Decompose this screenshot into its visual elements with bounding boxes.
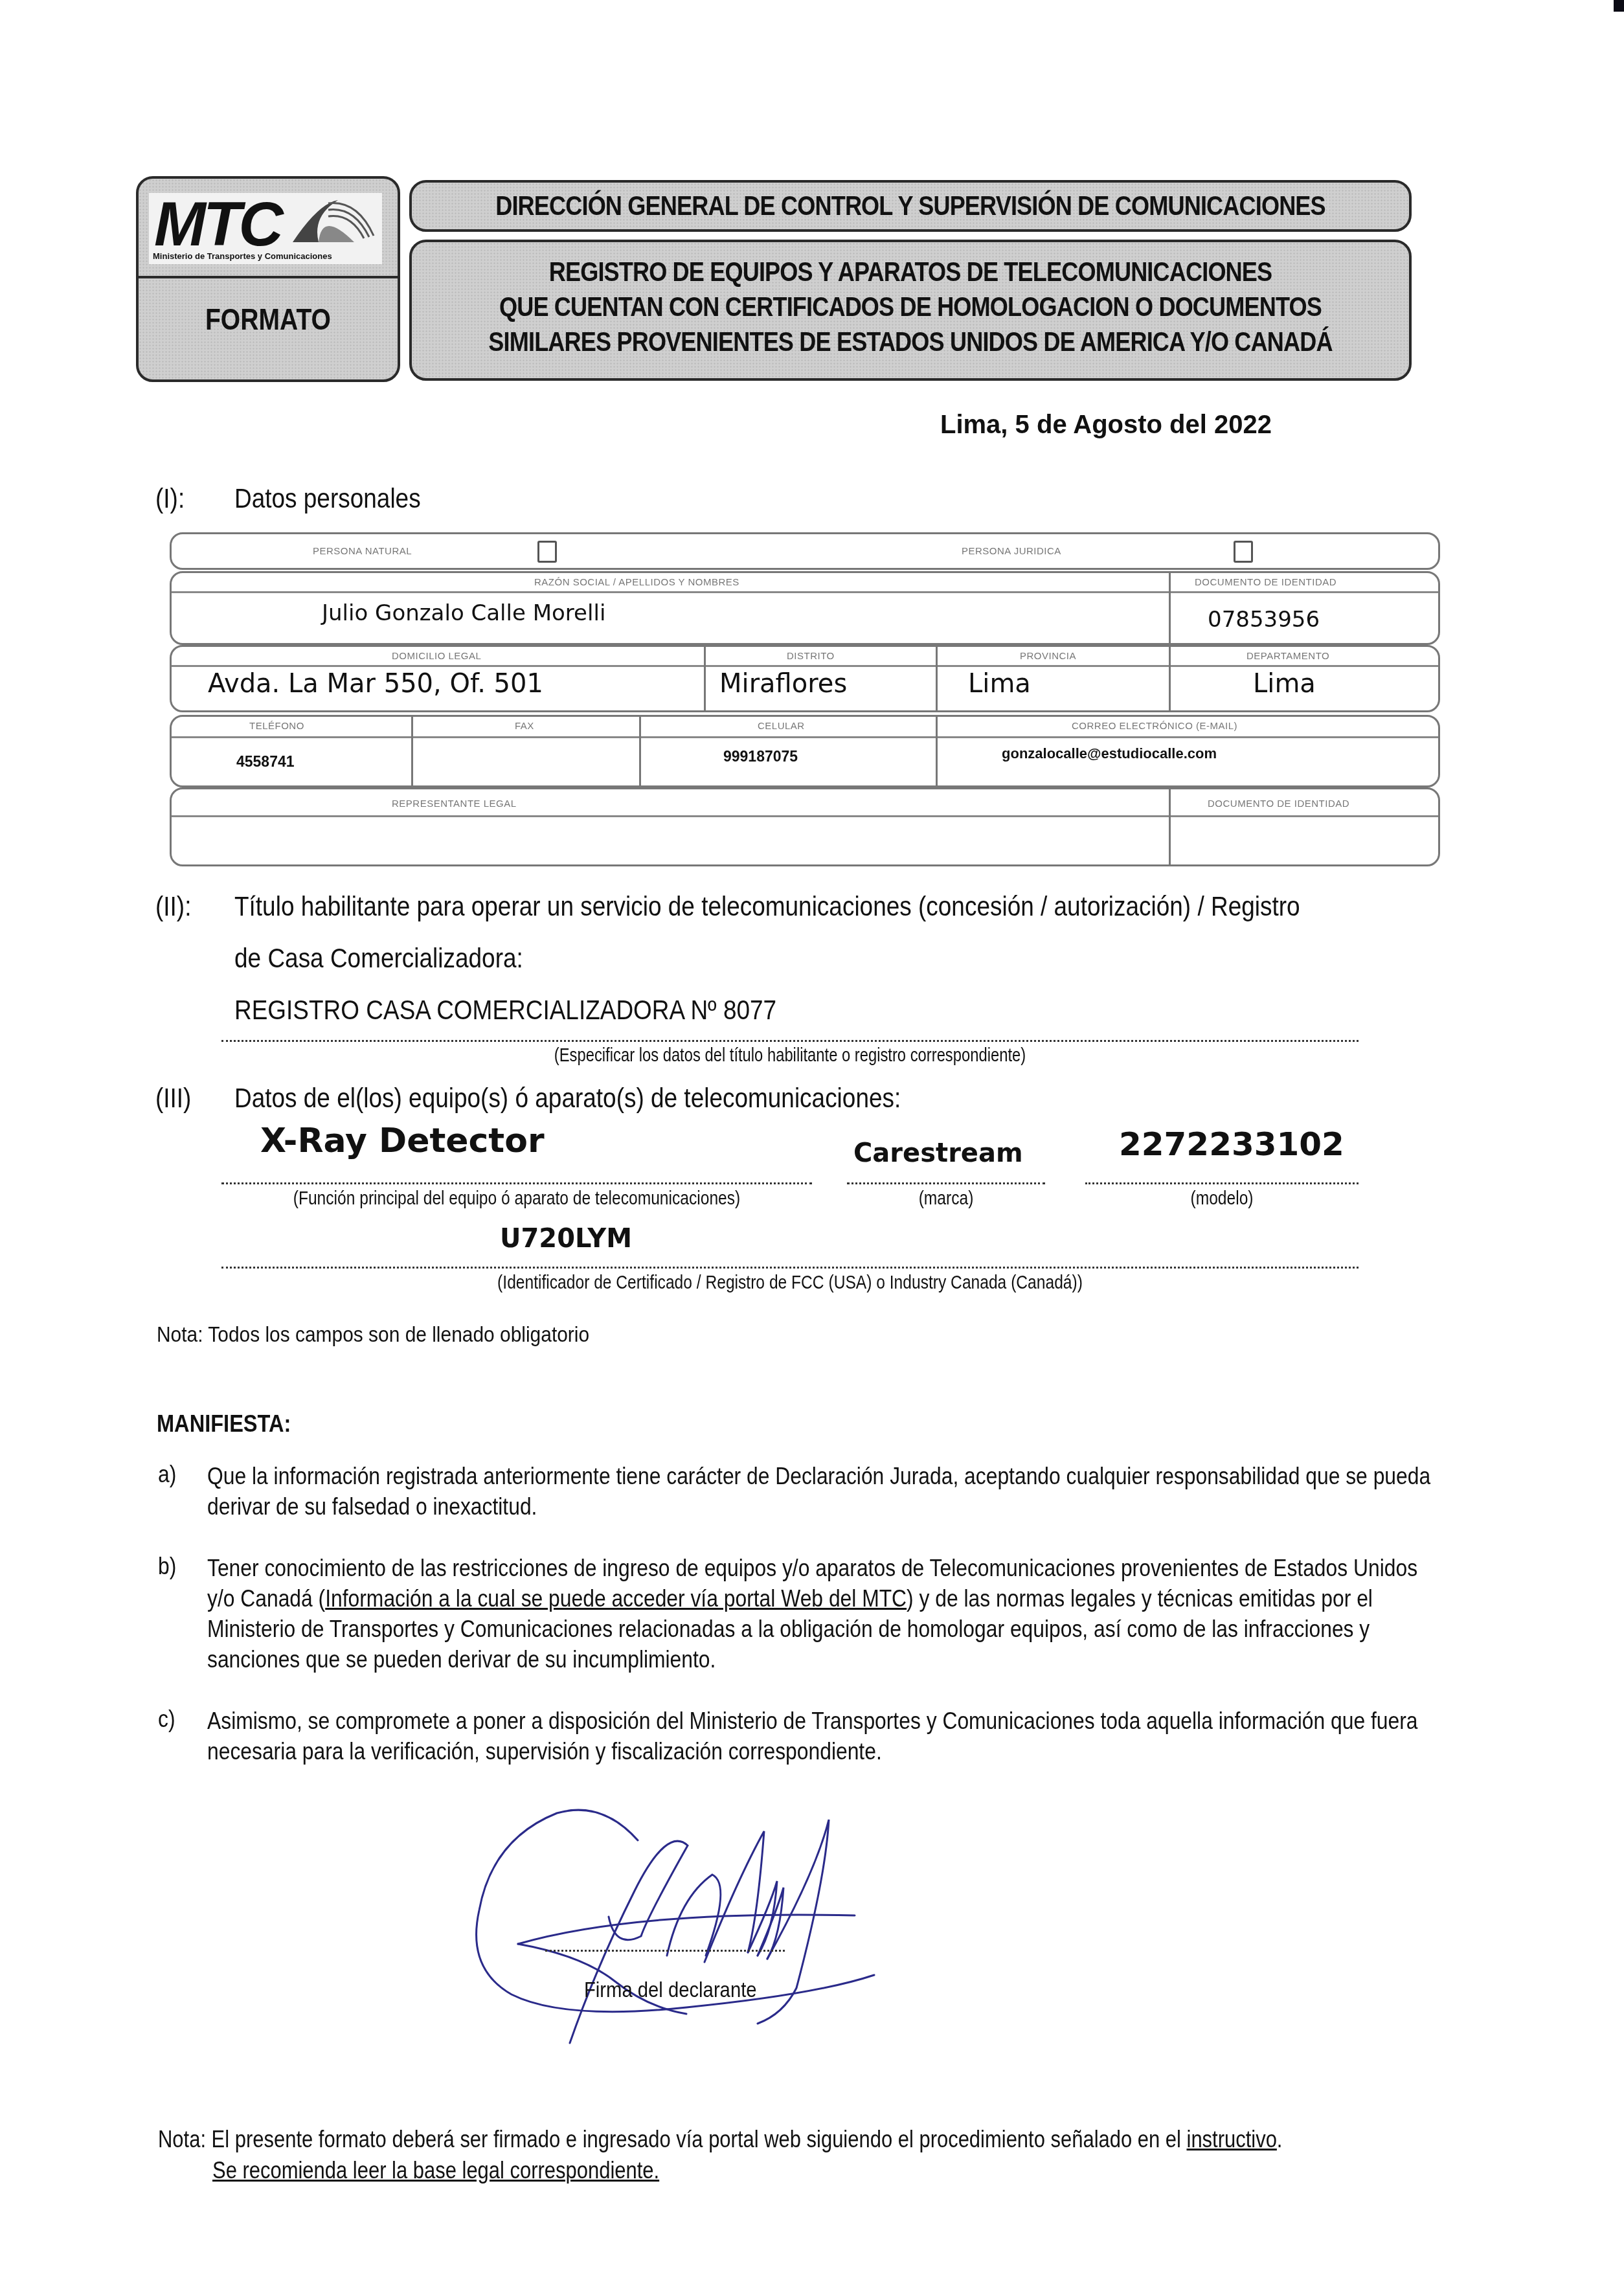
titulo-habilitante-value: REGISTRO CASA COMERCIALIZADORA Nº 8077 xyxy=(234,995,776,1026)
section-1-title: Datos personales xyxy=(234,483,421,514)
logo-subtitle: Ministerio de Transportes y Comunicacion… xyxy=(153,251,332,261)
footer-nota-suffix: . xyxy=(1277,2126,1283,2152)
manifiesta-a-marker: a) xyxy=(158,1461,176,1488)
equipo-funcion-value: X-Ray Detector xyxy=(260,1122,545,1160)
header-title-line-1: REGISTRO DE EQUIPOS Y APARATOS DE TELECO… xyxy=(482,256,1339,288)
header-title-box: REGISTRO DE EQUIPOS Y APARATOS DE TELECO… xyxy=(409,240,1412,381)
column-divider xyxy=(936,717,938,785)
legal-rep-row: REPRESENTANTE LEGAL DOCUMENTO DE IDENTID… xyxy=(170,787,1440,866)
label-celular: CELULAR xyxy=(758,721,805,732)
nota-obligatorio: Nota: Todos los campos son de llenado ob… xyxy=(157,1322,589,1348)
section-2-line-1: Título habilitante para operar un servic… xyxy=(234,891,1300,922)
departamento-field[interactable]: Lima xyxy=(1246,669,1322,699)
footer-nota: Nota: El presente formato deberá ser fir… xyxy=(158,2124,1439,2154)
fcc-id-value: U720LYM xyxy=(500,1224,632,1254)
label-fax: FAX xyxy=(515,721,534,732)
format-label: FORMATO xyxy=(158,302,378,337)
header-direction-title: DIRECCIÓN GENERAL DE CONTROL Y SUPERVISI… xyxy=(482,190,1339,221)
header-title-line-3: SIMILARES PROVENIENTES DE ESTADOS UNIDOS… xyxy=(482,326,1339,357)
manifiesta-c-text: Asimismo, se compromete a poner a dispos… xyxy=(207,1706,1438,1767)
distrito-field[interactable]: Miraflores xyxy=(713,669,853,699)
column-divider xyxy=(1169,789,1171,864)
label-telefono: TELÉFONO xyxy=(249,721,304,732)
label-documento-identidad-rep: DOCUMENTO DE IDENTIDAD xyxy=(1208,798,1349,809)
name-row: RAZÓN SOCIAL / APELLIDOS Y NOMBRES DOCUM… xyxy=(170,571,1440,645)
signature-label: Firma del declarante xyxy=(584,1978,757,2003)
marca-caption: (marca) xyxy=(865,1188,1028,1210)
section-2-caption: (Especificar los datos del título habili… xyxy=(324,1045,1256,1067)
provincia-field[interactable]: Lima xyxy=(962,669,1037,699)
equipo-marca-value: Carestream xyxy=(853,1138,1023,1168)
signature-scribble-icon xyxy=(453,1800,971,2059)
label-distrito: DISTRITO xyxy=(787,651,835,662)
documento-field[interactable]: 07853956 xyxy=(1208,607,1320,633)
column-divider xyxy=(936,647,938,710)
persona-natural-checkbox[interactable] xyxy=(537,541,557,563)
persona-type-row: PERSONA NATURAL PERSONA JURIDICA xyxy=(170,532,1440,570)
dotted-line xyxy=(1085,1182,1359,1184)
funcion-caption: (Función principal del equipo ó aparato … xyxy=(275,1188,759,1210)
fax-field[interactable] xyxy=(444,753,586,779)
column-divider xyxy=(704,647,706,710)
dotted-line xyxy=(221,1182,812,1184)
label-persona-juridica: PERSONA JURIDICA xyxy=(962,546,1061,557)
telefono-field[interactable]: 4558741 xyxy=(236,753,295,771)
scan-corner-mark xyxy=(1614,0,1624,12)
row-divider xyxy=(172,736,1438,738)
portal-web-mtc-link[interactable]: Información a la cual se puede acceder v… xyxy=(325,1585,907,1612)
section-3-title: Datos de el(los) equipo(s) ó aparato(s) … xyxy=(234,1083,901,1114)
modelo-caption: (modelo) xyxy=(1110,1188,1334,1210)
correo-field[interactable]: gonzalocalle@estudiocalle.com xyxy=(1002,745,1217,762)
logo-box: MTC Ministerio de Transportes y Comunica… xyxy=(136,176,400,382)
domicilio-field[interactable]: Avda. La Mar 550, Of. 501 xyxy=(201,669,550,699)
label-persona-natural: PERSONA NATURAL xyxy=(313,546,412,557)
column-divider xyxy=(411,717,413,785)
column-divider xyxy=(639,717,641,785)
nombre-field[interactable]: Julio Gonzalo Calle Morelli xyxy=(322,600,605,626)
row-divider xyxy=(172,591,1438,593)
mtc-logo: MTC Ministerio de Transportes y Comunica… xyxy=(149,193,382,264)
manifiesta-c-marker: c) xyxy=(158,1706,175,1733)
representante-legal-field[interactable] xyxy=(185,822,1156,858)
logo-divider xyxy=(139,276,398,278)
equipo-modelo-value: 2272233102 xyxy=(1119,1125,1344,1163)
persona-juridica-checkbox[interactable] xyxy=(1234,541,1253,563)
dotted-line xyxy=(221,1040,1359,1042)
dotted-line xyxy=(221,1267,1359,1269)
section-2-marker: (II): xyxy=(155,891,191,922)
base-legal-link-container: Se recomienda leer la base legal corresp… xyxy=(212,2155,659,2185)
label-provincia: PROVINCIA xyxy=(1020,651,1076,662)
documento-rep-field[interactable] xyxy=(1182,822,1428,858)
manifiesta-title: MANIFIESTA: xyxy=(157,1410,291,1438)
section-1-marker: (I): xyxy=(155,483,185,514)
address-row: DOMICILIO LEGAL DISTRITO PROVINCIA DEPAR… xyxy=(170,645,1440,712)
row-divider xyxy=(172,815,1438,817)
column-divider xyxy=(1169,573,1171,643)
manifiesta-b-text: Tener conocimiento de las restricciones … xyxy=(207,1553,1438,1675)
manifiesta-b-marker: b) xyxy=(158,1553,176,1580)
contact-row: TELÉFONO FAX CELULAR CORREO ELECTRÓNICO … xyxy=(170,715,1440,787)
section-3-marker: (III) xyxy=(155,1083,191,1114)
mtc-swoosh-icon xyxy=(293,197,377,242)
label-departamento: DEPARTAMENTO xyxy=(1246,651,1329,662)
label-domicilio: DOMICILIO LEGAL xyxy=(392,651,481,662)
column-divider xyxy=(1169,647,1171,710)
base-legal-link[interactable]: Se recomienda leer la base legal corresp… xyxy=(212,2157,659,2184)
label-documento-identidad: DOCUMENTO DE IDENTIDAD xyxy=(1195,577,1336,588)
footer-nota-text: Nota: El presente formato deberá ser fir… xyxy=(158,2126,1187,2152)
celular-field[interactable]: 999187075 xyxy=(723,748,798,765)
logo-acronym: MTC xyxy=(154,189,281,260)
header-title-line-2: QUE CUENTAN CON CERTIFICADOS DE HOMOLOGA… xyxy=(482,291,1339,322)
section-2-line-2: de Casa Comercializadora: xyxy=(234,943,523,974)
fcc-caption: (Identificador de Certificado / Registro… xyxy=(324,1272,1256,1294)
document-date: Lima, 5 de Agosto del 2022 xyxy=(940,411,1272,440)
label-representante-legal: REPRESENTANTE LEGAL xyxy=(392,798,517,809)
dotted-line xyxy=(847,1182,1045,1184)
manifiesta-a-text: Que la información registrada anteriorme… xyxy=(207,1461,1438,1522)
row-divider xyxy=(172,665,1438,667)
header-direction-box: DIRECCIÓN GENERAL DE CONTROL Y SUPERVISI… xyxy=(409,180,1412,232)
instructivo-link[interactable]: instructivo xyxy=(1187,2126,1277,2152)
label-razon-social: RAZÓN SOCIAL / APELLIDOS Y NOMBRES xyxy=(534,577,739,588)
signature-line xyxy=(545,1950,785,1952)
label-correo: CORREO ELECTRÓNICO (E-MAIL) xyxy=(1072,721,1237,732)
